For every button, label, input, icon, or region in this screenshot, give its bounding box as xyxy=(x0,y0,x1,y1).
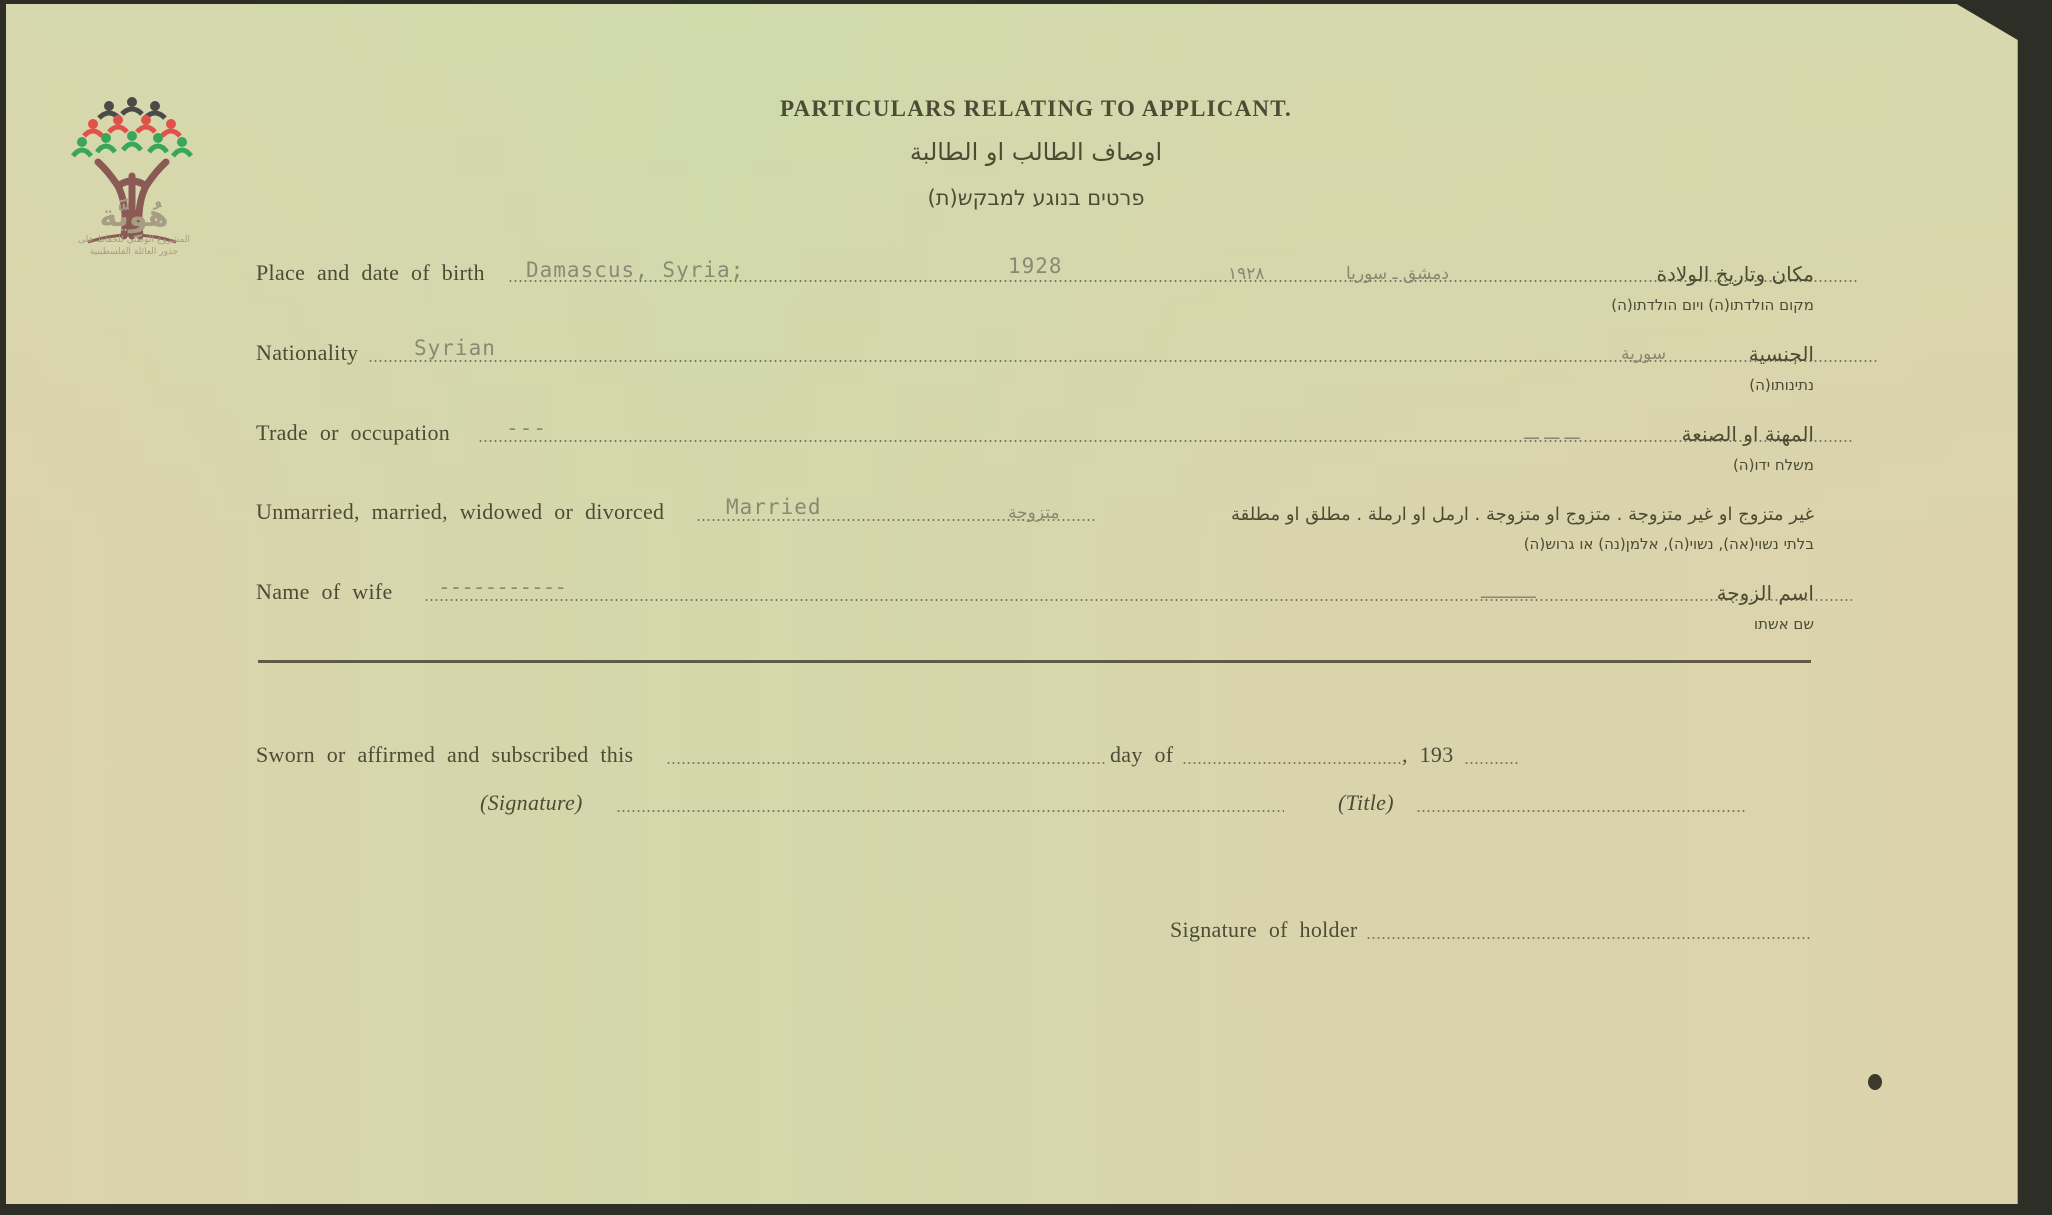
label-nationality: Nationality xyxy=(256,340,358,366)
signature-title-line: (Signature) (Title) xyxy=(256,782,1814,822)
label-place-date-of-birth-arabic: مكان وتاريخ الولادة xyxy=(1657,262,1814,286)
label-title: (Title) xyxy=(1338,790,1394,816)
fill-line-signature xyxy=(616,810,1284,812)
fill-line-title xyxy=(1416,810,1746,812)
handwritten-nationality-arabic: سورية xyxy=(1621,344,1666,364)
label-trade-occupation-arabic: المهنة او الصنعة xyxy=(1681,422,1814,446)
form-title-arabic: اوصاف الطالب او الطالبة xyxy=(6,138,2052,166)
form-title-english: PARTICULARS RELATING TO APPLICANT. xyxy=(6,96,2052,122)
form-title-hebrew: פרטים בנוגע למבקש(ת) xyxy=(6,186,2052,210)
label-name-of-wife: Name of wife xyxy=(256,579,393,605)
label-trade-occupation: Trade or occupation xyxy=(256,420,450,446)
label-name-of-wife-arabic: اسم الزوجة xyxy=(1717,581,1814,605)
ink-spot xyxy=(1868,1074,1882,1090)
label-place-date-of-birth: Place and date of birth xyxy=(256,260,485,286)
logo-subtitle-2: جذور العائلة الفلسطينية xyxy=(64,246,204,258)
typed-place-of-birth: Damascus, Syria; xyxy=(526,258,744,282)
label-year-prefix: , 193 xyxy=(1402,742,1454,768)
handwritten-marital-status-arabic: متزوجة xyxy=(1008,503,1059,523)
handwritten-year-arabic: ١٩٢٨ xyxy=(1228,264,1265,284)
document-page: هُوِيَّة المشروع الوطني للحفاظ على جذور … xyxy=(6,4,2038,1204)
field-marital-status: Unmarried, married, widowed or divorced … xyxy=(256,491,1814,531)
typed-nationality: Syrian xyxy=(414,336,496,360)
label-day-of: day of xyxy=(1110,742,1173,768)
holder-signature-line: Signature of holder xyxy=(256,909,1814,949)
label-signature: (Signature) xyxy=(480,790,583,816)
label-signature-of-holder: Signature of holder xyxy=(1170,917,1358,943)
label-trade-occupation-hebrew: משלח ידו(ה) xyxy=(1733,456,1814,474)
handwritten-place-arabic: دمشق ـ سوريا xyxy=(1346,264,1449,284)
label-nationality-arabic: الجنسية xyxy=(1749,342,1814,366)
field-nationality: Nationality Syrian سورية الجنسية נתינותו… xyxy=(256,332,1814,372)
label-place-date-of-birth-hebrew: מקום הולדתו(ה) ויום הולדתו(ה) xyxy=(1611,296,1814,314)
fill-line-day xyxy=(666,762,1106,764)
typed-marital-status: Married xyxy=(726,495,822,519)
label-nationality-hebrew: נתינותו(ה) xyxy=(1749,376,1814,394)
handwritten-occupation-arabic: ـــ ـــ ـــ xyxy=(1524,424,1580,444)
fill-line xyxy=(478,440,1854,442)
fill-line-holder xyxy=(1366,937,1810,939)
fill-line-month xyxy=(1182,762,1402,764)
label-marital-status: Unmarried, married, widowed or divorced xyxy=(256,499,664,525)
oath-line: Sworn or affirmed and subscribed this da… xyxy=(256,734,1814,774)
label-sworn: Sworn or affirmed and subscribed this xyxy=(256,742,633,768)
typed-year-of-birth: 1928 xyxy=(1008,254,1063,278)
label-marital-status-hebrew: בלתי נשוי(אה), נשוי(ה), אלמן(נה) או גרוש… xyxy=(1524,535,1814,553)
field-trade-occupation: Trade or occupation --- ـــ ـــ ـــ المه… xyxy=(256,412,1814,452)
fill-line xyxy=(424,599,1852,601)
label-name-of-wife-hebrew: שם אשתו xyxy=(1754,615,1814,633)
handwritten-name-of-wife-arabic: ـــــــــــ xyxy=(1481,583,1536,603)
label-marital-status-arabic: غير متزوج او غير متزوجة . متزوج او متزوج… xyxy=(1231,504,1814,525)
fill-line-year xyxy=(1464,762,1519,764)
section-divider xyxy=(258,660,1811,663)
typed-name-of-wife: ----------- xyxy=(438,575,566,599)
logo-subtitle-1: المشروع الوطني للحفاظ على xyxy=(64,234,204,246)
field-place-date-of-birth: Place and date of birth Damascus, Syria;… xyxy=(256,252,1814,292)
typed-occupation: --- xyxy=(506,416,547,440)
field-name-of-wife: Name of wife ----------- ـــــــــــ اسم… xyxy=(256,571,1814,611)
